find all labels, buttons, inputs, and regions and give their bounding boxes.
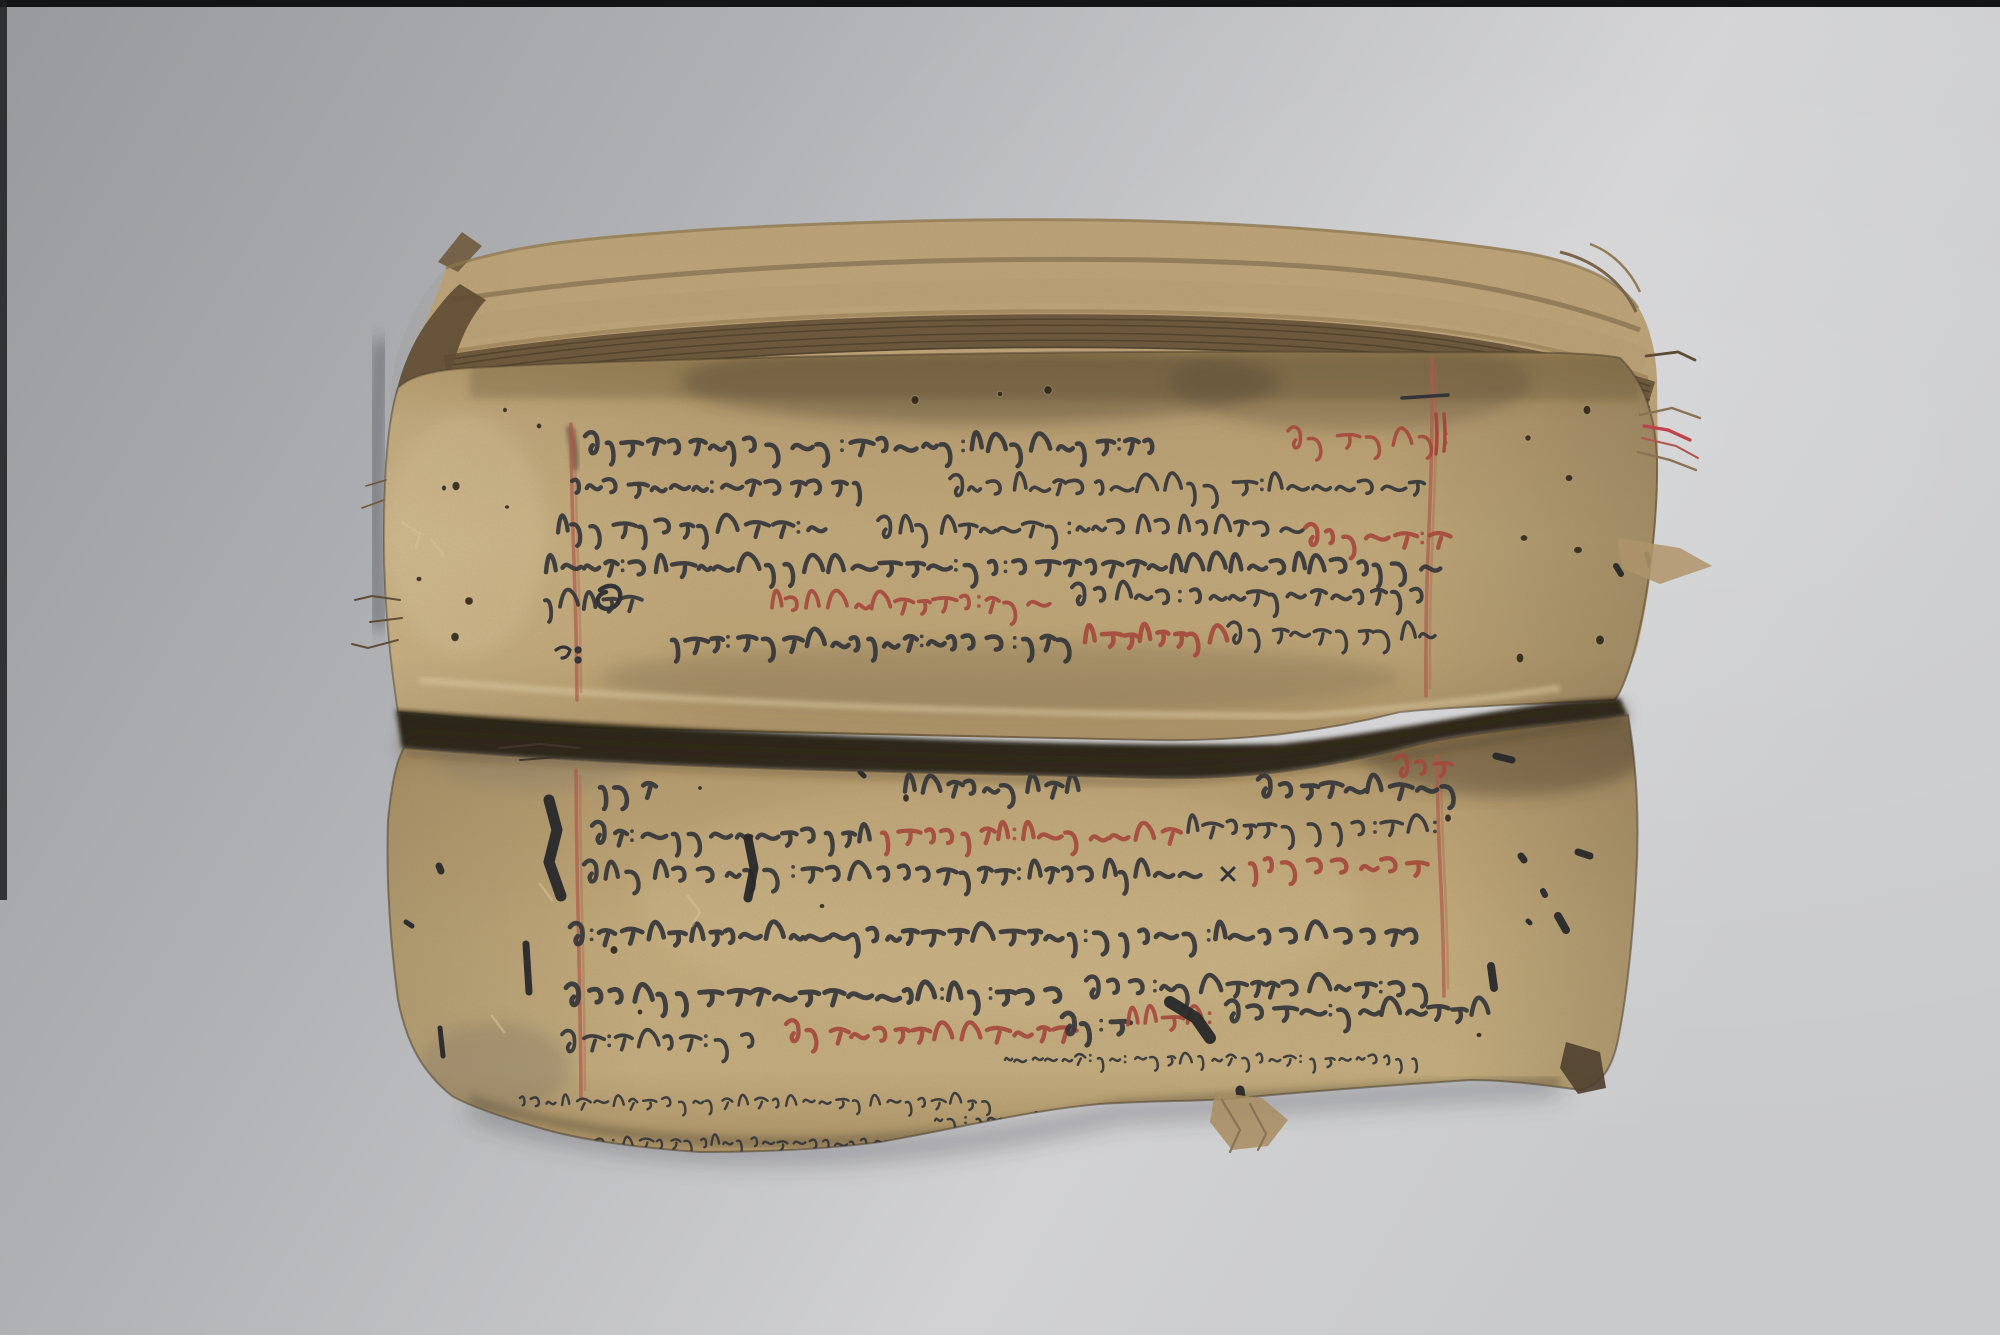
photo-left-border [0,0,7,900]
photo-top-border [0,0,2000,7]
manuscript-photo [0,0,2000,1335]
photo-canvas [0,0,2000,1335]
paper-grain [350,200,1680,1180]
